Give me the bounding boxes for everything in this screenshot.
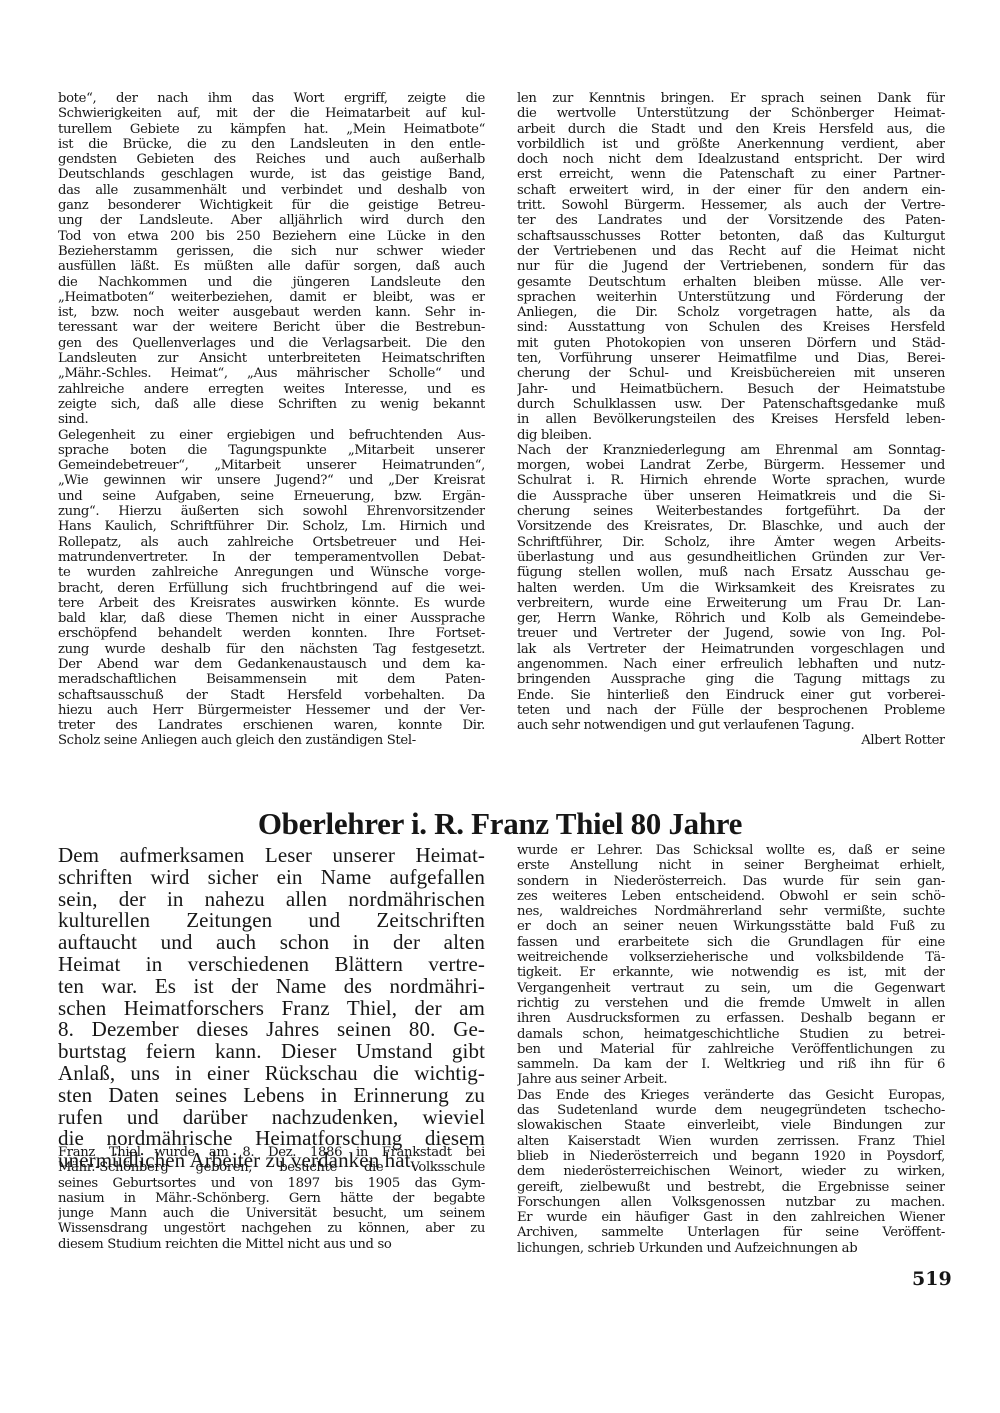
text-line: slowakischen Staate einverleibt, viele B…	[517, 1118, 945, 1133]
article-title: Oberlehrer i. R. Franz Thiel 80 Jahre	[0, 806, 1000, 842]
text-line: turellem Gebiete zu kämpfen hat. „Mein H…	[58, 122, 485, 137]
text-line: zes weiteres Leben entscheidend. Obwohl …	[517, 889, 945, 904]
text-line: angenommen. Nach einer erfreulich lebhaf…	[517, 657, 945, 672]
text-line: Tod von etwa 200 bis 250 Beziehern eine …	[58, 229, 485, 244]
text-line: das alle zusammenhält und verbindet und …	[58, 183, 485, 198]
text-line: überlastung und aus gesundheitlichen Grü…	[517, 550, 945, 565]
text-line: ben und Material für zahlreiche Veröffen…	[517, 1042, 945, 1057]
text-line: zung wurde deshalb für den nächsten Tag …	[58, 642, 485, 657]
text-line: die Aussprache über unseren Heimatkreis …	[517, 489, 945, 504]
text-line: die wertvolle Unterstützung der Schönber…	[517, 106, 945, 121]
text-line: sammeln. Da kam der I. Weltkrieg und riß…	[517, 1057, 945, 1072]
text-line: burtstag feiern kann. Dieser Umstand gib…	[58, 1041, 485, 1063]
text-line: treter des Landrates erschienen waren, k…	[58, 718, 485, 733]
text-line: ter des Landrates und der Vorsitzende de…	[517, 213, 945, 228]
text-line: tere Arbeit des Kreisrates auswirken kön…	[58, 596, 485, 611]
text-line: zeigte sich, daß alle diese Schriften zu…	[58, 397, 485, 412]
article2-column-left: Franz Thiel wurde am 8. Dez. 1886 in Fra…	[58, 1145, 485, 1252]
text-line: damals schon, heimatgeschichtliche Studi…	[517, 1027, 945, 1042]
text-line: teressant war der weitere Bericht über d…	[58, 320, 485, 335]
text-line: das Sudetenland wurde dem neugegründeten…	[517, 1103, 945, 1118]
text-line: nur für die Jugend der Vertriebenen, son…	[517, 259, 945, 274]
text-line: gendsten Gebieten des Reiches und auch a…	[58, 152, 485, 167]
page-number: 519	[912, 1268, 952, 1290]
text-line: auch sehr notwendigen und gut verlaufene…	[517, 718, 945, 733]
text-line: der Vertriebenen und das Recht auf die H…	[517, 244, 945, 259]
text-line: ist, bzw. noch weiter ausgebaut werden k…	[58, 305, 485, 320]
text-line: ten, Vorführung unserer Heimatfilme und …	[517, 351, 945, 366]
text-line: dig bleiben.	[517, 428, 945, 443]
text-line: nasium in Mähr.-Schönberg. Gern hätte de…	[58, 1191, 485, 1206]
text-line: er doch an seiner neuen Wirkungsstätte b…	[517, 919, 945, 934]
text-line: die Nachkommen und die jüngeren Landsleu…	[58, 275, 485, 290]
text-line: Jahre aus seiner Arbeit.	[517, 1072, 945, 1087]
text-line: ihren Ausdrucksformen zu erfassen. Desha…	[517, 1011, 945, 1026]
text-line: Dem aufmerksamen Leser unserer Heimat-	[58, 845, 485, 867]
text-line: Schriftführer, Dir. Scholz, ihre Ämter w…	[517, 535, 945, 550]
text-line: diesem Studium reichten die Mittel nicht…	[58, 1237, 485, 1252]
text-line: junge Mann auch die Universität besucht,…	[58, 1206, 485, 1221]
text-line: hiezu auch Herr Bürgermeister Hessemer u…	[58, 703, 485, 718]
text-line: „Mähr.-Schles. Heimat“, „Aus mährischer …	[58, 366, 485, 381]
text-line: sein, der in nahezu allen nordmährischen	[58, 889, 485, 911]
author-signature: Albert Rotter	[517, 733, 945, 748]
text-line: Gelegenheit zu einer ergiebigen und befr…	[58, 428, 485, 443]
text-line: verbreitern, wurde eine Erweiterung um F…	[517, 596, 945, 611]
text-line: ger, Herrn Wanke, Röhrich und Kolb als G…	[517, 611, 945, 626]
text-line: arbeit durch die Stadt und den Kreis Her…	[517, 122, 945, 137]
text-line: ung der Landsleute. Aber alljährlich wir…	[58, 213, 485, 228]
text-line: in allen Bevölkerungsteilen des Kreises …	[517, 412, 945, 427]
text-line: Mähr.-Schönberg geboren, besuchte die Vo…	[58, 1160, 485, 1175]
text-line: erschöpfend behandelt werden konnten. Ih…	[58, 626, 485, 641]
text-line: zahlreiche andere erregten weites Intere…	[58, 382, 485, 397]
text-line: halten werden. Um die Wirksamkeit des Kr…	[517, 581, 945, 596]
text-line: wurde er Lehrer. Das Schicksal wollte es…	[517, 843, 945, 858]
text-line: teten und nach der Fülle der besprochene…	[517, 703, 945, 718]
text-line: auftaucht und auch schon in der alten	[58, 932, 485, 954]
text-line: Ende. Sie hinterließ den Eindruck einer …	[517, 688, 945, 703]
text-line: durch Schulklassen usw. Der Patenschafts…	[517, 397, 945, 412]
text-line: schaftsausschusses Rotter betonten, daß …	[517, 229, 945, 244]
text-line: 8. Dezember dieses Jahres seinen 80. Ge-	[58, 1019, 485, 1041]
text-line: sondern in Niederösterreich. Das wurde f…	[517, 874, 945, 889]
text-line: Jahr- und Heimatbüchern. Besuch der Heim…	[517, 382, 945, 397]
text-line: meradschaftlichen Beisammensein mit dem …	[58, 672, 485, 687]
text-line: Das Ende des Krieges veränderte das Gesi…	[517, 1088, 945, 1103]
text-line: Forschungen allen Volksgenossen nutzbar …	[517, 1195, 945, 1210]
text-line: schaftsausschuß der Stadt Hersfeld vorbe…	[58, 688, 485, 703]
text-line: seines Geburtsortes und von 1897 bis 190…	[58, 1176, 485, 1191]
text-line: matrundenvertreter. In der temperamentvo…	[58, 550, 485, 565]
text-line: vorbildlich ist und größte Anerkennung v…	[517, 137, 945, 152]
text-line: Vorsitzende des Kreisrates, Dr. Blaschke…	[517, 519, 945, 534]
text-line: Der Abend war dem Gedankenaustausch und …	[58, 657, 485, 672]
text-line: sprachen weiterhin Unterstützung und För…	[517, 290, 945, 305]
text-line: Rollepatz, als auch zahlreiche Ortsbetre…	[58, 535, 485, 550]
text-line: schaft erweitert wird, in der einer für …	[517, 183, 945, 198]
text-line: Bezieherstamm gerissen, die sich nur sch…	[58, 244, 485, 259]
text-line: sten Daten seines Lebens in Erinnerung z…	[58, 1085, 485, 1107]
article2-column-right: wurde er Lehrer. Das Schicksal wollte es…	[517, 843, 945, 1256]
text-line: fassen und erarbeitete sich die Grundlag…	[517, 935, 945, 950]
text-line: nes, waldreiches Nordmährerland sehr ver…	[517, 904, 945, 919]
text-line: dem niederösterreichischen Weinort, wied…	[517, 1164, 945, 1179]
text-line: „Wie gewinnen wir unsere Jugend?“ und „D…	[58, 473, 485, 488]
text-line: erste Anstellung nicht in seiner Berghei…	[517, 858, 945, 873]
text-line: Franz Thiel wurde am 8. Dez. 1886 in Fra…	[58, 1145, 485, 1160]
text-line: kulturellen Zeitungen und Zeitschriften	[58, 910, 485, 932]
text-line: lak als Vertreter der Heimatrunden vorge…	[517, 642, 945, 657]
article1-column-right: len zur Kenntnis bringen. Er sprach sein…	[517, 91, 945, 749]
text-line: Schulrat i. R. Hirnich ehrende Worte spr…	[517, 473, 945, 488]
text-line: Hans Kaulich, Schriftführer Dir. Scholz,…	[58, 519, 485, 534]
text-line: fügung stellen wollen, muß nach Ersatz A…	[517, 565, 945, 580]
text-line: Heimat in verschiedenen Blättern vertre-	[58, 954, 485, 976]
text-line: bote“, der nach ihm das Wort ergriff, ze…	[58, 91, 485, 106]
text-line: doch noch nicht dem Idealzustand entspri…	[517, 152, 945, 167]
text-line: bracht, deren Erfüllung sich fruchtbring…	[58, 581, 485, 596]
text-line: bringenden Aussprache ging die Tagung mi…	[517, 672, 945, 687]
text-line: Deutschlands geschlagen wurde, ist das g…	[58, 167, 485, 182]
text-line: zung“. Hierzu äußerten sich sowohl Ehren…	[58, 504, 485, 519]
text-line: mit guten Photokopien von unseren Dörfer…	[517, 336, 945, 351]
text-line: treuer und Vertreter der Jugend, sowie v…	[517, 626, 945, 641]
text-line: tritt. Sowohl Bürgerm. Hessemer, als auc…	[517, 198, 945, 213]
text-line: gesamte Deutschtum erhalten bleiben müss…	[517, 275, 945, 290]
text-line: morgen, wobei Landrat Zerbe, Bürgerm. He…	[517, 458, 945, 473]
text-line: len zur Kenntnis bringen. Er sprach sein…	[517, 91, 945, 106]
text-line: alten Kaiserstadt Wien wurden zerrissen.…	[517, 1134, 945, 1149]
text-line: rufen und darüber nachzudenken, wieviel	[58, 1107, 485, 1129]
text-line: ganz besonderer Wichtigkeit für die geis…	[58, 198, 485, 213]
article1-column-left: bote“, der nach ihm das Wort ergriff, ze…	[58, 91, 485, 749]
text-line: sind: Ausstattung von Schulen des Kreise…	[517, 320, 945, 335]
text-line: sind.	[58, 412, 485, 427]
text-line: sprache boten die Tagungspunkte „Mitarbe…	[58, 443, 485, 458]
text-line: Anliegen, die Dir. Scholz vorgetragen ha…	[517, 305, 945, 320]
text-line: erst erreicht, wenn die Patenschaft zu e…	[517, 167, 945, 182]
text-line: ist die Brücke, die zu den Landsleuten i…	[58, 137, 485, 152]
text-line: Wissensdrang ungestört nachgehen zu könn…	[58, 1221, 485, 1236]
text-line: richtig zu verstehen und die fremde Umwe…	[517, 996, 945, 1011]
text-line: „Heimatboten“ weiterbeziehen, damit er b…	[58, 290, 485, 305]
text-line: te wurden zahlreiche Anregungen und Wüns…	[58, 565, 485, 580]
article2-intro: Dem aufmerksamen Leser unserer Heimat-sc…	[58, 845, 485, 1172]
text-line: Landsleuten zur Ansicht unterbreiteten H…	[58, 351, 485, 366]
text-line: schriften wird sicher ein Name aufgefall…	[58, 867, 485, 889]
text-line: Schwierigkeiten auf, mit der die Heimata…	[58, 106, 485, 121]
text-line: lichungen, schrieb Urkunden und Aufzeich…	[517, 1241, 945, 1256]
text-line: Scholz seine Anliegen auch gleich den zu…	[58, 733, 485, 748]
text-line: Archiven, sammelte Unterlagen für seine …	[517, 1225, 945, 1240]
text-line: cherung der Schul- und Kreisbüchereien m…	[517, 366, 945, 381]
text-line: Anlaß, uns in einer Rückschau die wichti…	[58, 1063, 485, 1085]
text-line: gereift, zielbewußt und bestrebt, die Er…	[517, 1180, 945, 1195]
text-line: weitreichende volkserzieherische und vol…	[517, 950, 945, 965]
text-line: gen des Quellenverlages und die Verlagsa…	[58, 336, 485, 351]
text-line: Vergangenheit vertraut zu sein, um die G…	[517, 981, 945, 996]
text-line: Nach der Kranzniederlegung am Ehrenmal a…	[517, 443, 945, 458]
text-line: cherung seines Weiterbestandes fortgefüh…	[517, 504, 945, 519]
text-line: Er wurde ein häufiger Gast in den zahlre…	[517, 1210, 945, 1225]
text-line: ausfüllen läßt. Es müßten alle dafür sor…	[58, 259, 485, 274]
text-line: ten war. Es ist der Name des nordmähri-	[58, 976, 485, 998]
text-line: tigkeit. Er erkannte, wie notwendig es i…	[517, 965, 945, 980]
text-line: Gemeindebetreuer“, „Mitarbeit unserer He…	[58, 458, 485, 473]
text-line: bald klar, daß diese Themen nicht in ein…	[58, 611, 485, 626]
text-line: blieb in Niederösterreich und begann 192…	[517, 1149, 945, 1164]
text-line: und seine Aufgaben, seine Erneuerung, bz…	[58, 489, 485, 504]
text-line: schen Heimatforschers Franz Thiel, der a…	[58, 998, 485, 1020]
